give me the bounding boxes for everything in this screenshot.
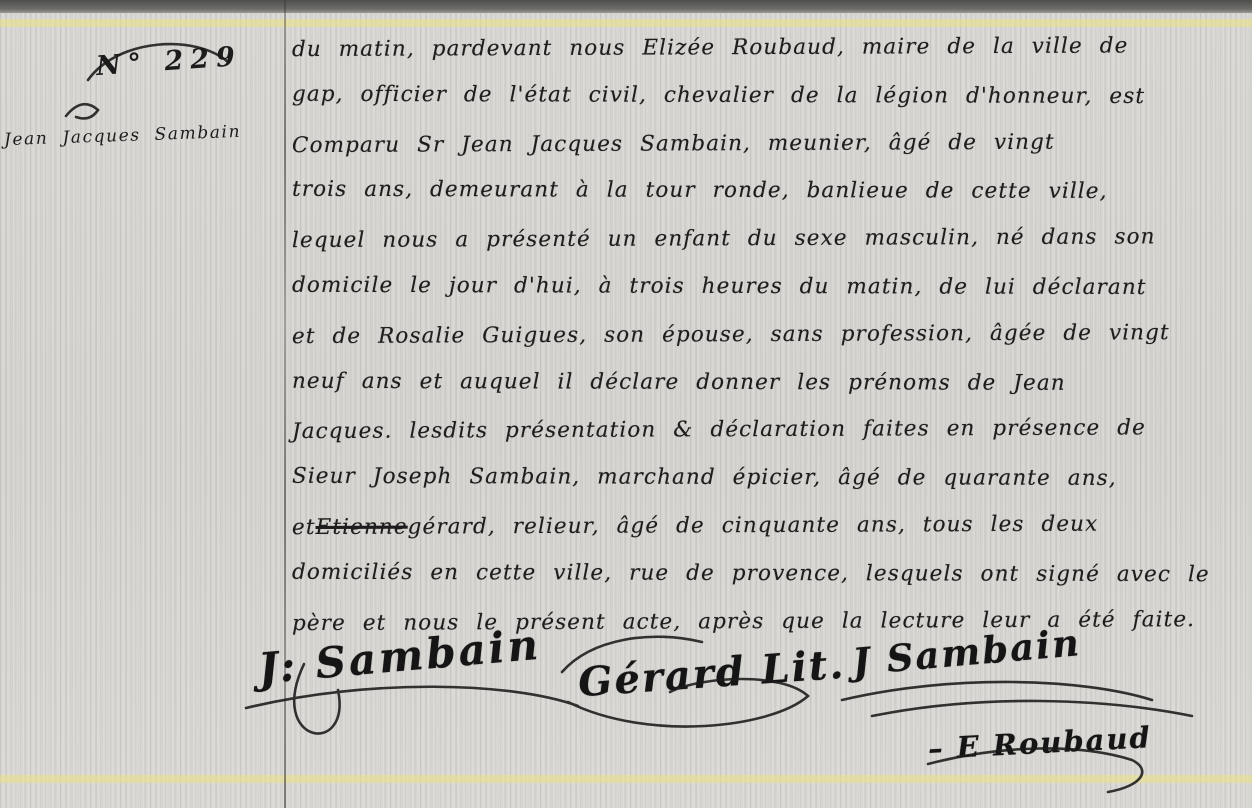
- signature-roubaud-mayor: – E Roubaud: [927, 720, 1152, 766]
- record-line: et de Rosalie Guigues, son épouse, sans …: [292, 309, 1248, 361]
- margin-child-name: Jean Jacques Sambain: [4, 122, 242, 150]
- margin-act-number: N° 229: [95, 41, 243, 82]
- record-line: Sieur Joseph Sambain, marchand épicier, …: [292, 453, 1248, 503]
- scan-edge-band: [0, 0, 1252, 13]
- record-line: gap, officier de l'état civil, chevalier…: [292, 71, 1248, 121]
- record-body-text: du matin, pardevant nous Elizée Roubaud,…: [292, 24, 1248, 645]
- struck-word: Etienne: [316, 515, 408, 540]
- line-segment: gérard, relieur, âgé de cinquante ans, t…: [408, 512, 1099, 540]
- record-line: domiciliés en cette ville, rue de proven…: [292, 549, 1248, 599]
- signature-gerard-witness: Gérard Lit.: [577, 641, 847, 707]
- signature3-underline-2: [872, 701, 1192, 716]
- record-line: lequel nous a présenté un enfant du sexe…: [292, 213, 1248, 265]
- margin-paraph-mark: [66, 104, 98, 118]
- record-line: du matin, pardevant nous Elizée Roubaud,…: [292, 22, 1248, 74]
- record-line: neuf ans et auquel il déclare donner les…: [292, 357, 1248, 407]
- record-line-with-strikethrough: et Etienne gérard, relieur, âgé de cinqu…: [292, 500, 1248, 552]
- highlight-stripe-bottom: [0, 775, 1252, 783]
- record-line: domicile le jour d'hui, à trois heures d…: [292, 262, 1248, 312]
- record-line: trois ans, demeurant à la tour ronde, ba…: [292, 166, 1248, 216]
- signature3-underline-1: [842, 682, 1152, 700]
- line-segment: et: [292, 515, 316, 540]
- record-line: Comparu Sr Jean Jacques Sambain, meunier…: [292, 118, 1248, 170]
- record-line: Jacques. lesdits présentation & déclarat…: [292, 404, 1248, 456]
- scanned-birth-record-page: { "colors": { "ink": "#1c1c1c", "paper":…: [0, 0, 1252, 808]
